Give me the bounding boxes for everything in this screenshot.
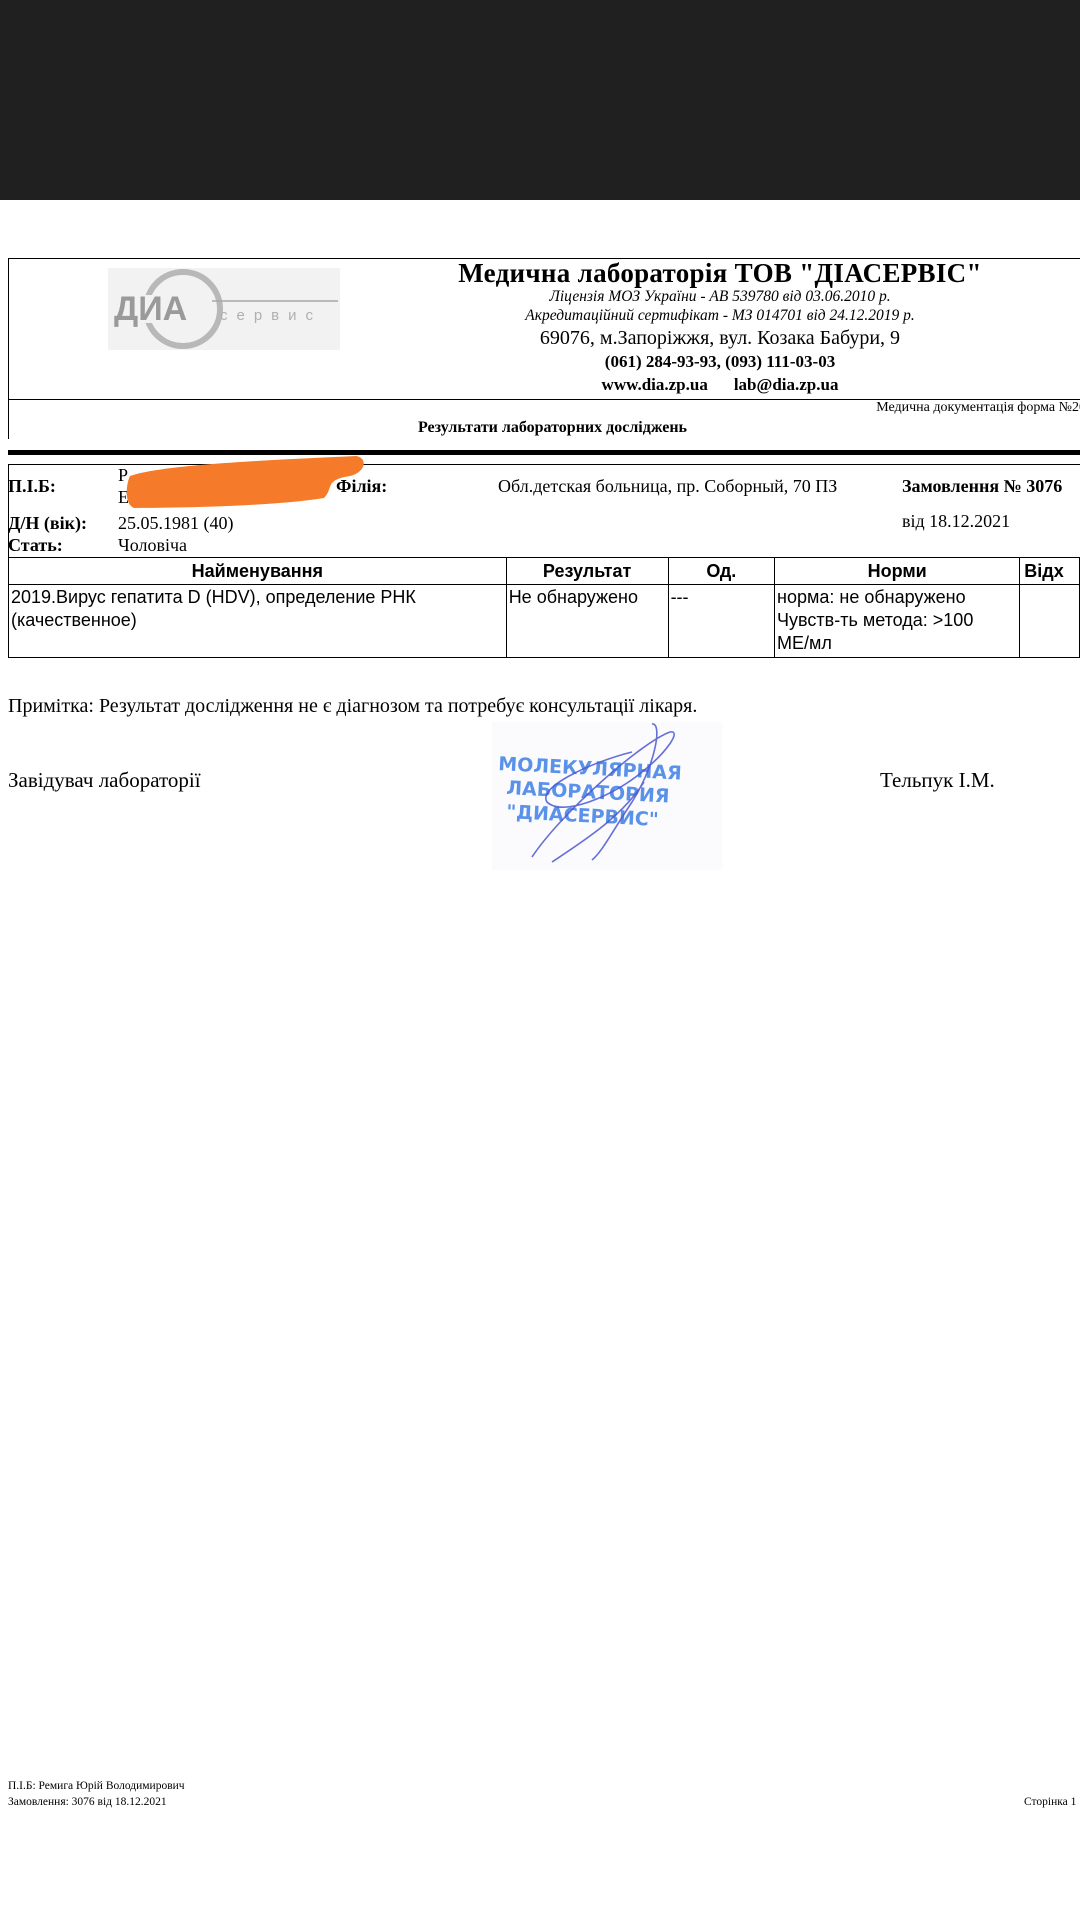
test-norms: норма: не обнаружено Чувств-ть метода: >…: [775, 585, 1020, 658]
license-line: Ліцензія МОЗ України - АВ 539780 від 03.…: [380, 288, 1060, 306]
test-result: Не обнаружено: [506, 585, 668, 658]
col-header-norms: Норми: [775, 558, 1020, 585]
accreditation-line: Акредитаційний сертифікат - МЗ 014701 ві…: [380, 307, 1060, 325]
norm-line: норма: не обнаружено: [777, 586, 1017, 609]
address-line: 69076, м.Запоріжжя, вул. Козака Бабури, …: [380, 327, 1060, 350]
col-header-name: Найменування: [9, 558, 507, 585]
sex-value: Чоловіча: [118, 535, 187, 556]
contacts-line: www.dia.zp.ualab@dia.zp.ua: [380, 375, 1060, 395]
redaction-mark: [124, 454, 364, 510]
norm-line: Чувств-ть метода: >100: [777, 609, 1017, 632]
order-number: Замовлення № 3076: [902, 476, 1062, 497]
patient-name-label: П.І.Б:: [8, 476, 56, 497]
dob-label: Д/Н (вік):: [8, 513, 87, 534]
col-header-deviation: Відх: [1020, 558, 1080, 585]
phones-line: (061) 284-93-93, (093) 111-03-03: [380, 352, 1060, 372]
test-name: 2019.Вирус гепатита D (HDV), определение…: [9, 585, 507, 658]
top-bar: [0, 0, 1080, 200]
results-table: Найменування Результат Од. Норми Відх 20…: [8, 557, 1080, 658]
lab-title: Медична лабораторія ТОВ "ДІАСЕРВІС": [380, 258, 1060, 289]
disclaimer-note: Примітка: Результат дослідження не є діа…: [8, 695, 697, 718]
test-unit: ---: [668, 585, 774, 658]
dob-value: 25.05.1981 (40): [118, 513, 234, 534]
results-title: Результати лабораторних досліджень: [0, 419, 1080, 437]
footer-order: Замовлення: 3076 від 18.12.2021: [8, 1796, 167, 1808]
form-number: Медична документація форма №20: [876, 400, 1080, 416]
logo-text: ДИА: [114, 290, 187, 328]
website-link[interactable]: www.dia.zp.ua: [602, 375, 708, 394]
test-deviation: [1020, 585, 1080, 658]
branch-label: Філія:: [336, 476, 387, 497]
footer-page-number: Сторінка 1: [1024, 1796, 1080, 1808]
order-date: від 18.12.2021: [902, 511, 1010, 532]
lab-report-page: ДИА сервис Медична лабораторія ТОВ "ДІАС…: [0, 200, 1080, 1920]
signature-name: Тельпук І.М.: [880, 768, 995, 793]
table-header-row: Найменування Результат Од. Норми Відх: [9, 558, 1080, 585]
lab-stamp: МОЛЕКУЛЯРНАЯ ЛАБОРАТОРИЯ "ДИАСЕРВИС": [492, 722, 722, 870]
col-header-result: Результат: [506, 558, 668, 585]
branch-value: Обл.детская больница, пр. Соборный, 70 П…: [498, 476, 837, 497]
sex-label: Стать:: [8, 535, 63, 556]
svg-text:сервис: сервис: [220, 307, 322, 324]
signature-role: Завідувач лабораторії: [8, 768, 201, 793]
email-link[interactable]: lab@dia.zp.ua: [734, 375, 839, 394]
norm-line: МЕ/мл: [777, 632, 1017, 655]
lab-logo: ДИА сервис: [108, 268, 340, 350]
col-header-unit: Од.: [668, 558, 774, 585]
table-row: 2019.Вирус гепатита D (HDV), определение…: [9, 585, 1080, 658]
footer-patient: П.І.Б: Ремига Юрій Володимирович: [8, 1780, 185, 1792]
